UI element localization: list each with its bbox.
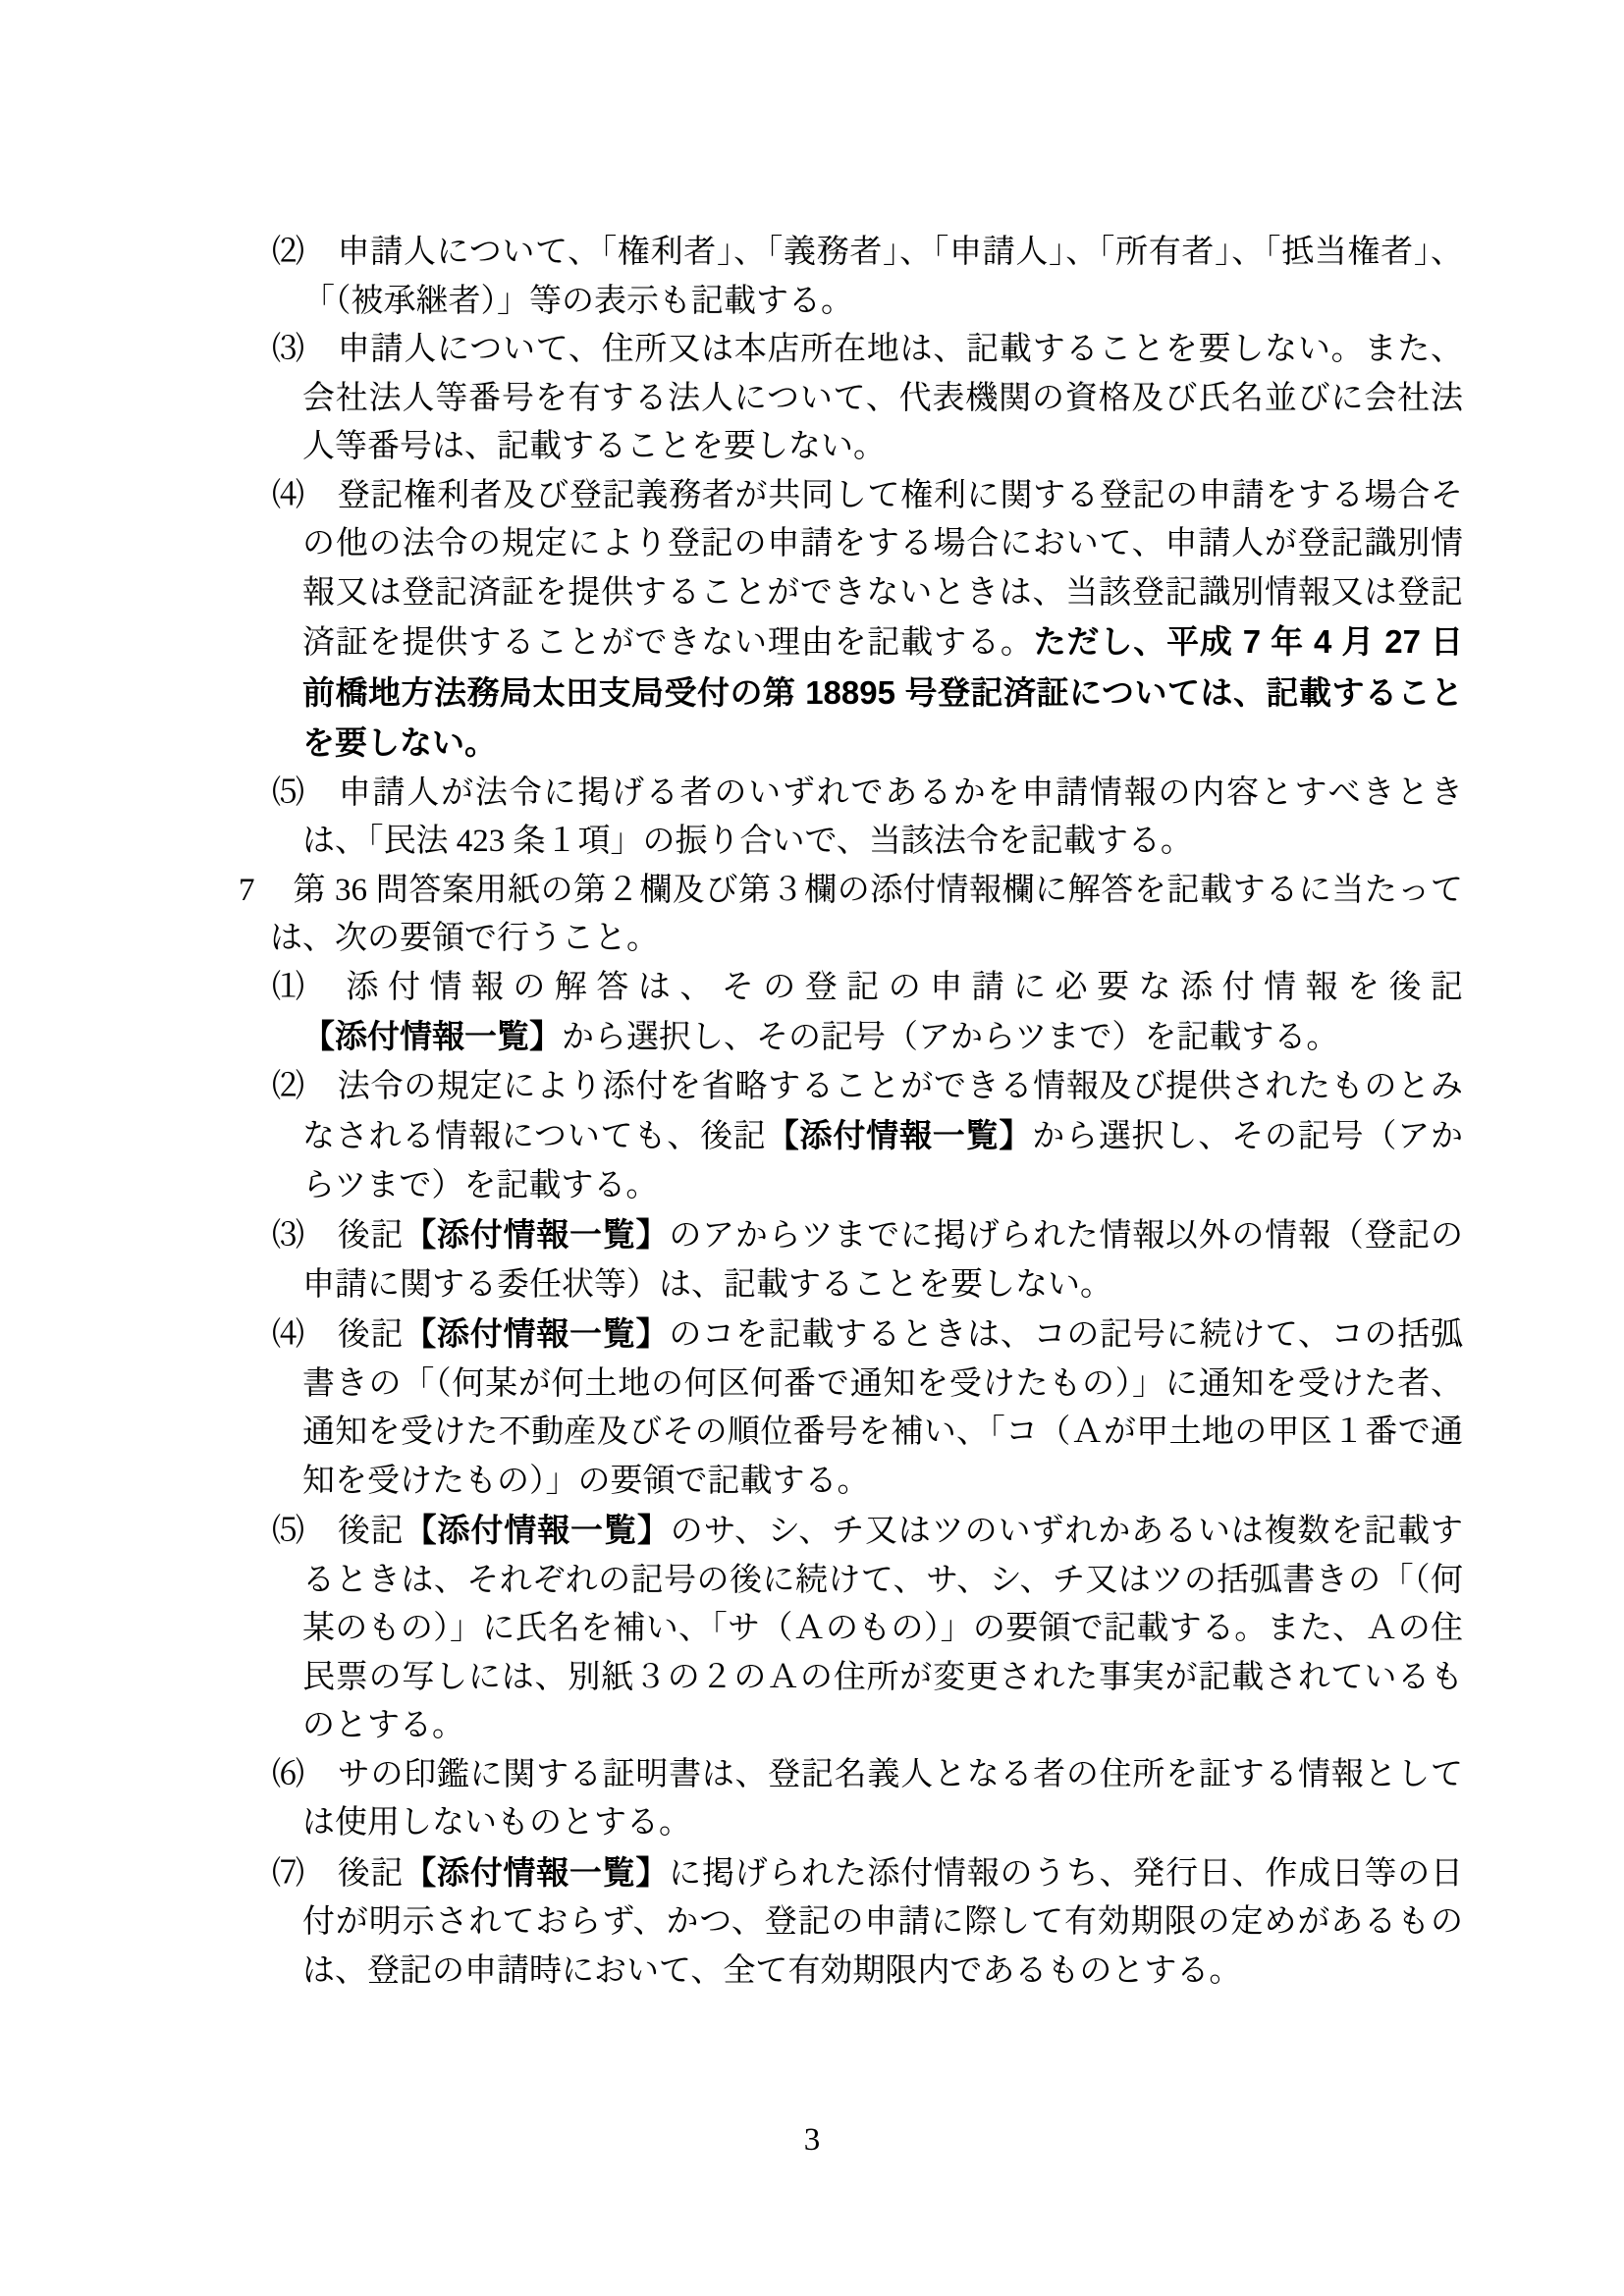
text-run: 後記 [337,1856,404,1892]
item-marker: ⑵ [272,229,337,278]
text-run: 後記 [337,1514,405,1549]
item-marker: ⑵ [272,1063,337,1112]
list-item: ⑸後記【添付情報一覧】のサ、シ、チ又はツのいずれかあるいは複数を記載するときは、… [272,1506,1463,1751]
list-item: ⑷登記権利者及び登記義務者が共同して権利に関する登記の申請をする場合その他の法令… [272,472,1463,770]
emphasis-text-run: 【添付情報一覧】 [404,1315,669,1352]
document-page: { "page": { "number": "3", "background_c… [0,0,1624,2296]
text-run: のサ、シ、チ又はツのいずれかあるいは複数を記載するときは、それぞれの記号の後に続… [302,1514,1463,1743]
item-marker: ⑷ [272,472,337,521]
text-run: 添付情報の解答は、その登記の申請に必要な添付情報を後記 [337,970,1463,1005]
text-run: 申請人について、住所又は本店所在地は、記載することを要しない。また、会社法人等番… [302,332,1463,464]
list-item: 7第 36 問答案用紙の第２欄及び第３欄の添付情報欄に解答を記載するに当たっては… [239,867,1463,964]
list-item: ⑶後記【添付情報一覧】のアからツまでに掲げられた情報以外の情報（登記の申請に関す… [272,1210,1463,1309]
text-run: 後記 [337,1317,404,1353]
list-item: ⑴添付情報の解答は、その登記の申請に必要な添付情報を後記【添付情報一覧】から選択… [272,964,1463,1063]
item-marker: ⑶ [272,326,337,375]
text-run: 後記 [337,1218,404,1254]
item-marker: ⑹ [272,1751,337,1800]
text-run: 第 36 問答案用紙の第２欄及び第３欄の添付情報欄に解答を記載するに当たっては、… [270,873,1463,957]
text-run: 申請人について、「権利者」、「義務者」、「申請人」、「所有者」、「抵当権者」、「… [302,235,1463,319]
emphasis-text-run: 【添付情報一覧】 [404,1854,669,1891]
item-marker: ⑶ [272,1212,337,1261]
emphasis-text-run: 【添付情報一覧】 [302,1018,562,1054]
text-run: サの印鑑に関する証明書は、登記名義人となる者の住所を証する情報としては使用しない… [302,1757,1463,1842]
item-marker: ⑺ [272,1850,337,1899]
emphasis-text-run: 【添付情報一覧】 [405,1512,671,1548]
text-run: 申請人が法令に掲げる者のいずれであるかを申請情報の内容とすべきときは、「民法 4… [302,775,1463,860]
list-item: ⑷後記【添付情報一覧】のコを記載するときは、コの記号に続けて、コの括弧書きの「（… [272,1309,1463,1506]
text-run: から選択し、その記号（アからツまで）を記載する。 [562,1020,1338,1055]
item-marker: ⑴ [272,964,337,1013]
item-marker: 7 [239,867,293,916]
list-item: ⑺後記【添付情報一覧】に掲げられた添付情報のうち、発行日、作成日等の日付が明示さ… [272,1848,1463,1997]
page-number: 3 [0,2116,1624,2165]
emphasis-text-run: 【添付情報一覧】 [404,1216,669,1253]
item-marker: ⑷ [272,1311,337,1361]
document-body: ⑵申請人について、「権利者」、「義務者」、「申請人」、「所有者」、「抵当権者」、… [239,229,1463,1996]
list-item: ⑶申請人について、住所又は本店所在地は、記載することを要しない。また、会社法人等… [272,326,1463,472]
item-marker: ⑸ [272,1508,337,1557]
item-marker: ⑸ [272,770,337,819]
list-item: ⑹サの印鑑に関する証明書は、登記名義人となる者の住所を証する情報としては使用しな… [272,1751,1463,1848]
list-item: ⑵法令の規定により添付を省略することができる情報及び提供されたものとみなされる情… [272,1063,1463,1211]
emphasis-text-run: 【添付情報一覧】 [767,1117,1033,1153]
list-item: ⑸申請人が法令に掲げる者のいずれであるかを申請情報の内容とすべきときは、「民法 … [272,770,1463,867]
list-item: ⑵申請人について、「権利者」、「義務者」、「申請人」、「所有者」、「抵当権者」、… [272,229,1463,326]
